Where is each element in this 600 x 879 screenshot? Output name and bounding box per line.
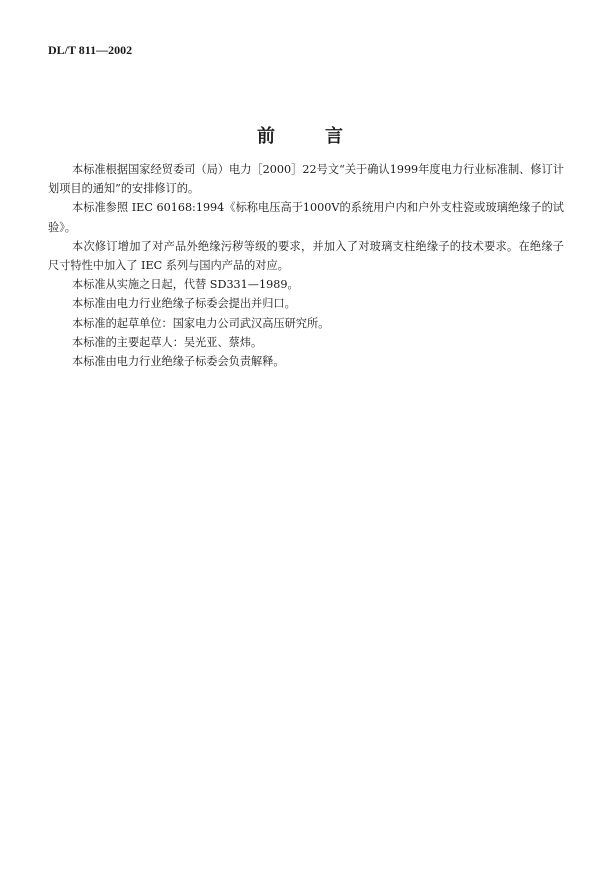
title-char-1: 前 — [257, 122, 275, 148]
page-title: 前言 — [0, 122, 600, 148]
paragraph-proposed-by: 本标准由电力行业绝缘子标委会提出并归口。 — [48, 294, 564, 313]
standard-code-header: DL/T 811—2002 — [48, 43, 132, 58]
paragraph-interpretation: 本标准由电力行业绝缘子标委会负责解释。 — [48, 352, 564, 371]
paragraph-basis: 本标准根据国家经贸委司（局）电力［2000］22号文“关于确认1999年度电力行… — [48, 160, 564, 198]
paragraph-reference: 本标准参照 IEC 60168:1994《标称电压高于1000V的系统用户内和户… — [48, 198, 564, 236]
paragraph-drafting-unit: 本标准的起草单位：国家电力公司武汉高压研究所。 — [48, 314, 564, 333]
title-char-2: 言 — [325, 122, 343, 148]
paragraph-drafters: 本标准的主要起草人：吴光亚、蔡炜。 — [48, 333, 564, 352]
foreword-body: 本标准根据国家经贸委司（局）电力［2000］22号文“关于确认1999年度电力行… — [48, 160, 564, 371]
paragraph-revision: 本次修订增加了对产品外绝缘污秽等级的要求，并加入了对玻璃支柱绝缘子的技术要求。在… — [48, 237, 564, 275]
paragraph-replaces: 本标准从实施之日起，代替 SD331—1989。 — [48, 275, 564, 294]
